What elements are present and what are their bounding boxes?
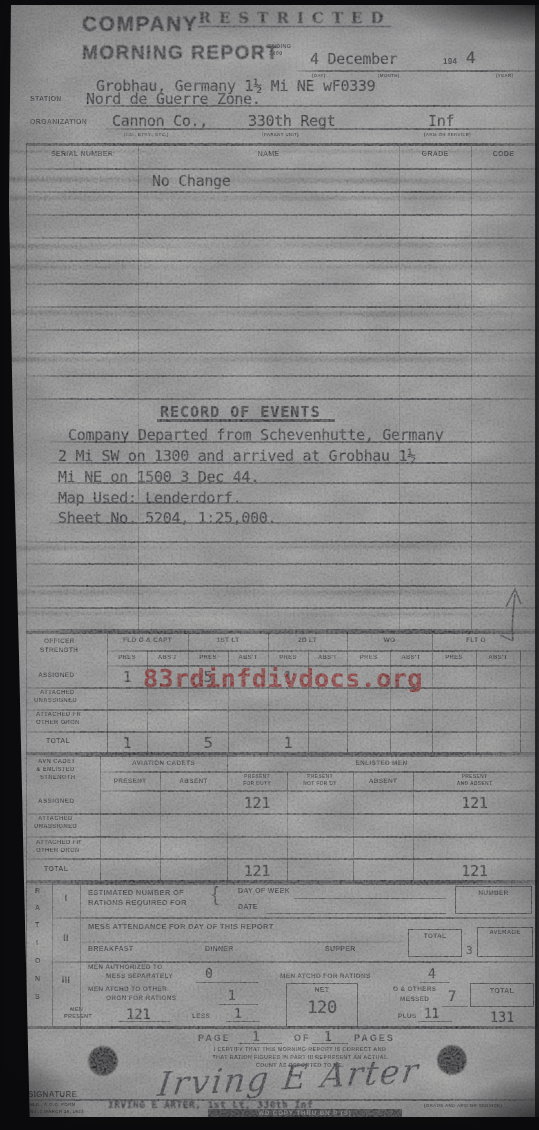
rations-letter: R (35, 888, 40, 895)
brace-glyph: { (212, 884, 219, 907)
rule (26, 1026, 537, 1029)
punch-hole (88, 1046, 118, 1076)
officers-assigned-fldo-pres: 1 (107, 668, 147, 686)
rule (100, 771, 537, 773)
rule (238, 1043, 282, 1044)
roster-col-grade: GRADE (399, 151, 471, 158)
col-ac-absent: ABSENT (160, 778, 227, 785)
pages-label: PAGES (354, 1033, 395, 1043)
morning-report-document: RESTRICTED COMPANY MORNING REPORT ENDING… (0, 0, 539, 1130)
enlisted-total-present-absent: 121 (413, 862, 536, 880)
rations-letter: T (35, 922, 40, 929)
row-total-label: TOTAL (46, 738, 70, 745)
of-label: OF (294, 1033, 311, 1043)
scan-edge (535, 0, 539, 1130)
rule (50, 441, 537, 443)
rule (399, 146, 400, 630)
plus-value: 11 (424, 1007, 439, 1022)
col-pres: PRES (347, 655, 390, 661)
rule (26, 631, 537, 634)
day-of-week-label: DAY OF WEEK (238, 888, 290, 895)
rule (26, 306, 537, 308)
row-attached-other-label1: ATTACHED FR (36, 712, 81, 718)
rule (26, 375, 537, 377)
enlisted-strength-label1: AVN CADET (38, 759, 75, 765)
roster-entry: No Change (152, 172, 231, 190)
rule (160, 771, 161, 880)
scan-smear (0, 242, 539, 249)
year-printed: 194 (443, 57, 457, 66)
rations-letter: S (35, 994, 40, 1001)
rations-part-2-numeral: II (52, 933, 80, 943)
rule (476, 650, 477, 752)
breakfast-label: BREAKFAST (88, 946, 133, 953)
rule (218, 1004, 258, 1005)
rule (52, 917, 537, 919)
col-present-for-duty: FOR DUTY (227, 781, 287, 787)
col-present-for-duty: PRESENT (227, 774, 287, 780)
mess-attendance-label: MESS ATTENDANCE FOR DAY OF THIS REPORT (88, 922, 274, 931)
col-present-not-for-duty: NOT FOR DY (287, 781, 353, 787)
rule (52, 961, 537, 963)
net-value: 120 (286, 998, 358, 1018)
net-box-label: NET (286, 987, 358, 994)
col-abst: ABS'T (308, 655, 347, 661)
page-label: PAGE (198, 1033, 231, 1043)
rations-letter: I (36, 940, 38, 947)
mess-separately-value: 0 (205, 967, 213, 982)
estimated-rations-label1: ESTIMATED NUMBER OF (88, 888, 184, 897)
rule (26, 858, 537, 860)
col-pres: PRES (432, 655, 476, 661)
rule (26, 283, 537, 285)
rule (157, 419, 335, 422)
officer-strength-label1: OFFICER (44, 638, 75, 645)
divisor-value: 3 (466, 944, 472, 957)
year-written: 4 (466, 48, 475, 67)
group-enlisted-men: ENLISTED MEN (227, 760, 536, 767)
atchd-other-orgn-value: 1 (228, 989, 236, 1004)
rule (50, 522, 537, 524)
scan-smear (0, 265, 539, 269)
rule (50, 502, 537, 504)
events-line: Sheet No. 5204, 1:25,000. (58, 509, 276, 527)
men-atchd-rations-value: 4 (428, 967, 436, 982)
men-present-label2: PRESENT (64, 1014, 92, 1020)
atchd-other-orgn-label1: MEN ATCHD TO OTHER (88, 986, 167, 993)
rations-letter: N (35, 976, 40, 983)
rule (294, 898, 446, 899)
others-messed-value: 7 (448, 989, 456, 1005)
rule (26, 143, 537, 146)
officer-group-flt-o: FLT O (432, 637, 520, 644)
officer-group-fldo-capt: FLD O & CAPT (107, 637, 188, 644)
col-abst: ABS'T (390, 655, 432, 661)
scan-shadow (449, 1070, 539, 1130)
rule (107, 631, 108, 752)
dinner-label: DINNER (205, 946, 234, 953)
rule (50, 462, 537, 464)
month-caption: (MONTH) (378, 73, 400, 78)
date-label: DATE (238, 904, 258, 911)
rule (107, 650, 537, 652)
less-label: LESS (192, 1013, 210, 1020)
col-ac-present: PRESENT (100, 778, 160, 785)
col-present-and-absent: PRESENT (413, 774, 536, 780)
roster-col-name: NAME (138, 151, 399, 158)
mess-separately-label2: MESS SEPARATELY (106, 973, 173, 980)
col-em-absent: ABSENT (353, 778, 413, 785)
rule (26, 585, 537, 587)
col-abst: ABS'T (228, 655, 268, 661)
company-caption: (CO., BTRY., ETC.) (124, 132, 168, 137)
officers-total-fldo-pres: 1 (107, 734, 147, 752)
rule (26, 563, 537, 565)
officers-total-2lt-pres: 1 (268, 734, 308, 752)
officer-strength-label2: STRENGTH (40, 647, 78, 654)
scan-shadow (0, 1050, 90, 1130)
total-box-part2-label: TOTAL (408, 933, 462, 940)
col-abst: ABS'T (147, 655, 188, 661)
rule (26, 237, 537, 239)
scan-smear (0, 544, 539, 550)
enlisted-strength-label3: STRENGTH (40, 775, 75, 781)
men-atchd-rations-label: MEN ATCHD FOR RATIONS (280, 973, 371, 980)
report-date: 4 December (310, 50, 397, 68)
row-assigned-label: ASSIGNED (38, 672, 74, 679)
rule (26, 352, 537, 354)
rule (26, 214, 537, 216)
col-pres: PRES (107, 655, 147, 661)
rule (287, 771, 288, 880)
rule (266, 913, 446, 914)
rule (413, 771, 414, 880)
others-messed-label1: O & OTHERS (393, 986, 436, 993)
rule (520, 650, 521, 752)
row-total-label: TOTAL (44, 866, 68, 873)
roster-col-code: CODE (471, 151, 536, 158)
rule (26, 607, 537, 609)
rations-part-1-numeral: I (52, 893, 80, 903)
enlisted-total-duty: 121 (227, 862, 287, 880)
rule (26, 755, 537, 757)
rule (26, 883, 537, 885)
number-box-label: NUMBER (455, 890, 532, 897)
rule (432, 631, 433, 752)
rule (26, 398, 537, 400)
rule (226, 1021, 260, 1022)
scan-shadow (389, 0, 539, 46)
col-present-and-absent: AND ABSENT (413, 781, 536, 787)
organization-label: ORGANIZATION (30, 119, 87, 126)
watermark: 83rdinfdivdocs.org (143, 664, 423, 693)
enlisted-assigned-present-absent: 121 (413, 794, 536, 812)
roster-col-serial: SERIAL NUMBER (26, 151, 138, 158)
scan-smear (0, 357, 539, 362)
rule (26, 813, 537, 815)
scan-smear (0, 177, 539, 184)
row-assigned-label: ASSIGNED (38, 798, 74, 805)
rule (26, 731, 537, 733)
form-title-line2: MORNING REPORT (82, 43, 279, 65)
form-title-line1: COMPANY (82, 13, 198, 37)
rations-letter: O (35, 958, 41, 965)
rule (26, 329, 537, 331)
col-pres: PRES (188, 655, 228, 661)
arm-service-caption: (ARM OR SERVICE) (424, 132, 471, 137)
atchd-other-orgn-label2: ORGN FOR RATIONS (106, 995, 176, 1002)
rule (227, 755, 228, 880)
estimated-rations-label2: RATIONS REQUIRED FOR (88, 898, 187, 907)
rule (80, 883, 81, 1026)
officer-group-wo: WO (347, 637, 432, 644)
station-label: STATION (30, 96, 62, 103)
ending-time: 2400 (269, 51, 282, 57)
events-line: Map Used: Lenderdorf. (58, 489, 241, 507)
row-attached-unassigned-label2: UNASSIGNED (34, 824, 77, 830)
rations-part-3-numeral: III (52, 975, 80, 985)
row-attached-other-label2: OTHER ORGN (36, 720, 80, 726)
total-box-part3-label: TOTAL (470, 988, 534, 995)
row-attached-unassigned-label2: UNASSIGNED (34, 698, 77, 704)
row-attached-unassigned-label1: ATTACHED (38, 816, 73, 822)
officers-total-1lt-pres: 5 (188, 734, 228, 752)
officer-group-2d-lt: 2D LT (268, 637, 347, 644)
rule (471, 146, 472, 630)
rule (26, 260, 537, 262)
rule (84, 105, 537, 107)
rule (100, 755, 101, 880)
rule (296, 70, 536, 72)
rule (52, 883, 53, 1026)
col-abst: ABS'T (476, 655, 520, 661)
scan-smear (0, 590, 539, 595)
rule (418, 1021, 452, 1022)
mess-separately-label1: MEN AUTHORIZED TO (88, 964, 162, 971)
men-present-label1: MEN (70, 1007, 83, 1013)
parent-unit-caption: (PARENT UNIT) (262, 132, 299, 137)
total-box-part3 (470, 983, 534, 1007)
rule (50, 482, 537, 484)
rule (26, 541, 537, 543)
rule (106, 128, 537, 130)
plus-label: PLUS (398, 1013, 417, 1020)
row-attached-other-label2: OTHER ORGN (36, 848, 80, 854)
rule (118, 1021, 170, 1022)
year-caption: (YEAR) (496, 73, 513, 78)
rule (138, 146, 139, 630)
enlisted-assigned-duty: 121 (227, 794, 287, 812)
row-attached-other-label1: ATTACHED FR (36, 840, 81, 846)
rule (312, 1043, 348, 1044)
supper-label: SUPPER (325, 946, 356, 953)
scan-smear (0, 611, 539, 617)
scan-smear (0, 310, 539, 317)
less-value: 1 (234, 1007, 242, 1022)
rule (26, 836, 537, 838)
group-aviation-cadets: AVIATION CADETS (100, 760, 227, 767)
rule (420, 982, 450, 983)
enlisted-strength-label2: & ENLISTED (36, 767, 75, 773)
rule (80, 941, 405, 943)
ending-label: ENDING (268, 44, 291, 50)
rations-letter: A (35, 905, 40, 912)
rule (100, 790, 537, 792)
col-present-not-for-duty: PRESENT (287, 774, 353, 780)
rule (196, 982, 258, 983)
average-box-label: AVERAGE (477, 930, 533, 936)
rule (353, 771, 354, 880)
rule (26, 709, 537, 711)
rations-total-value: 131 (470, 1010, 534, 1026)
handwritten-arrow-mark (492, 583, 534, 645)
row-attached-unassigned-label1: ATTACHED (40, 690, 75, 696)
officer-group-1st-lt: 1ST LT (188, 637, 268, 644)
col-pres: PRES (268, 655, 308, 661)
rule (442, 1006, 468, 1007)
others-messed-label2: MESSED (400, 996, 429, 1003)
rule (26, 191, 537, 193)
rule (26, 168, 537, 170)
scan-smear (0, 196, 539, 200)
